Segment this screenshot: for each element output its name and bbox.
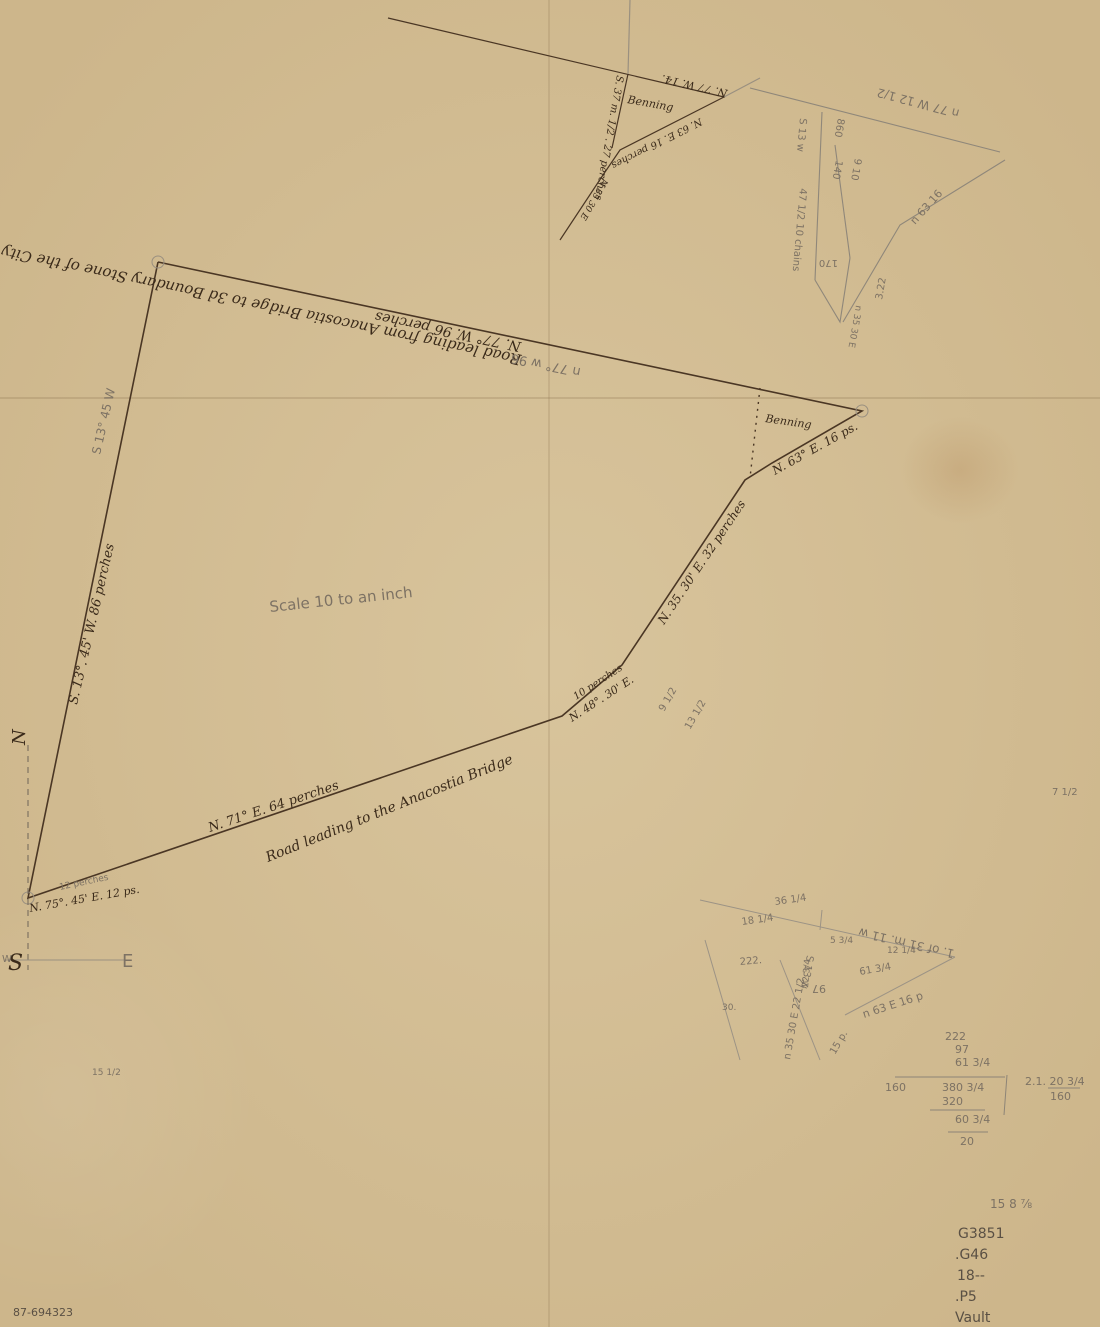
call-number-4: .P5	[955, 1289, 977, 1305]
arith-result: 2.1. 20 3/4	[1025, 1075, 1085, 1088]
inset-top	[388, 0, 760, 240]
misc-pencil-1: 9 1/2	[657, 686, 679, 714]
calc-label-11: 15 p.	[828, 1029, 850, 1057]
calc-label-1: 36 1/4	[774, 893, 807, 908]
compass-west: W	[2, 954, 12, 965]
inset-top-line-d: N 35 30 E	[577, 176, 609, 222]
inset-right-label-5: 47 1/2 10 chains	[790, 188, 808, 272]
calc-label-7: 97	[812, 982, 826, 995]
inset-right-label-1: S 13 w	[794, 118, 808, 152]
compass-east: E	[122, 951, 133, 972]
road-title-label: Road leading from Anacostia Bridge to 3d…	[0, 219, 524, 368]
inset-right-label-2: 860	[832, 117, 846, 138]
survey-plat: Road leading from Anacostia Bridge to 3d…	[0, 0, 1100, 1327]
west-line-bearing: S. 13°. 45' W. 86 perches	[66, 542, 118, 706]
inset-right-label-3: 140	[830, 159, 844, 180]
inset-right-line-a: n 77 W 12 1/2	[875, 85, 960, 120]
map-sheet: Road leading from Anacostia Bridge to 3d…	[0, 0, 1100, 1327]
accession-number: 87-694323	[13, 1306, 73, 1319]
arith-col-3: 61 3/4	[955, 1056, 990, 1069]
call-number-2: .G46	[955, 1247, 988, 1263]
inset-top-benning: Benning	[625, 93, 674, 114]
road-to-bridge-label: Road leading to the Anacostia Bridge	[263, 752, 516, 867]
inset-right-line-b: n 63 16	[908, 187, 946, 227]
arith-dividend: 380 3/4	[942, 1081, 984, 1094]
benning-label: Benning	[764, 412, 813, 431]
misc-pencil-2: 13 1/2	[683, 698, 709, 731]
segment-2-bearing: N. 35. 30' E. 32 perches	[654, 498, 748, 628]
inset-right-label-7: 3.22	[874, 277, 889, 301]
arith-rem2: 20	[960, 1135, 974, 1148]
benning-dotted-line	[750, 388, 760, 478]
call-number-5: Vault	[955, 1310, 991, 1326]
calc-label-4: 5 3/4	[830, 936, 853, 946]
arith-result-den: 160	[1050, 1090, 1071, 1103]
misc-pencil-3: 7 1/2	[1052, 787, 1078, 798]
inset-top-line-b: N. 63 E. 16 perches	[609, 115, 704, 171]
north-line-pencil: n 77° w 96	[510, 350, 582, 379]
arith-col-1: 222	[945, 1030, 966, 1043]
arith-divisor: 160	[885, 1081, 906, 1094]
calc-label-3: 222.	[739, 955, 762, 968]
call-number-3: 18--	[957, 1268, 985, 1284]
west-line-pencil: S 13° 45 W	[89, 387, 118, 456]
pencil-diagram-lower	[700, 900, 955, 1060]
inset-right-label-6: 170	[819, 257, 838, 268]
inset-right-label-4: 9 10	[848, 157, 863, 181]
misc-pencil-4: 15 1/2	[92, 1068, 121, 1078]
calc-label-5: 12 1/4	[887, 946, 916, 956]
inset-right-label-8: n 35 30 E	[846, 304, 863, 348]
catalog-percent: 15 8 ⅞	[990, 1197, 1033, 1211]
arith-rem: 60 3/4	[955, 1113, 990, 1126]
arith-col-2: 97	[955, 1043, 969, 1056]
call-number-1: G3851	[958, 1226, 1004, 1242]
compass-north: N	[9, 728, 30, 746]
arith-sub: 320	[942, 1095, 963, 1108]
scale-note: Scale 10 to an inch	[269, 583, 414, 616]
segment-3-bearing: N. 63° E. 16 ps.	[769, 419, 860, 478]
calc-label-13: 30.	[722, 1003, 736, 1013]
calc-label-10: n 63 E 16 p	[861, 989, 925, 1021]
calc-label-8: 61 3/4	[859, 962, 892, 978]
calc-label-2: 18 1/4	[741, 913, 774, 928]
inset-top-line-a: N. 77 W. 14.	[660, 72, 729, 100]
